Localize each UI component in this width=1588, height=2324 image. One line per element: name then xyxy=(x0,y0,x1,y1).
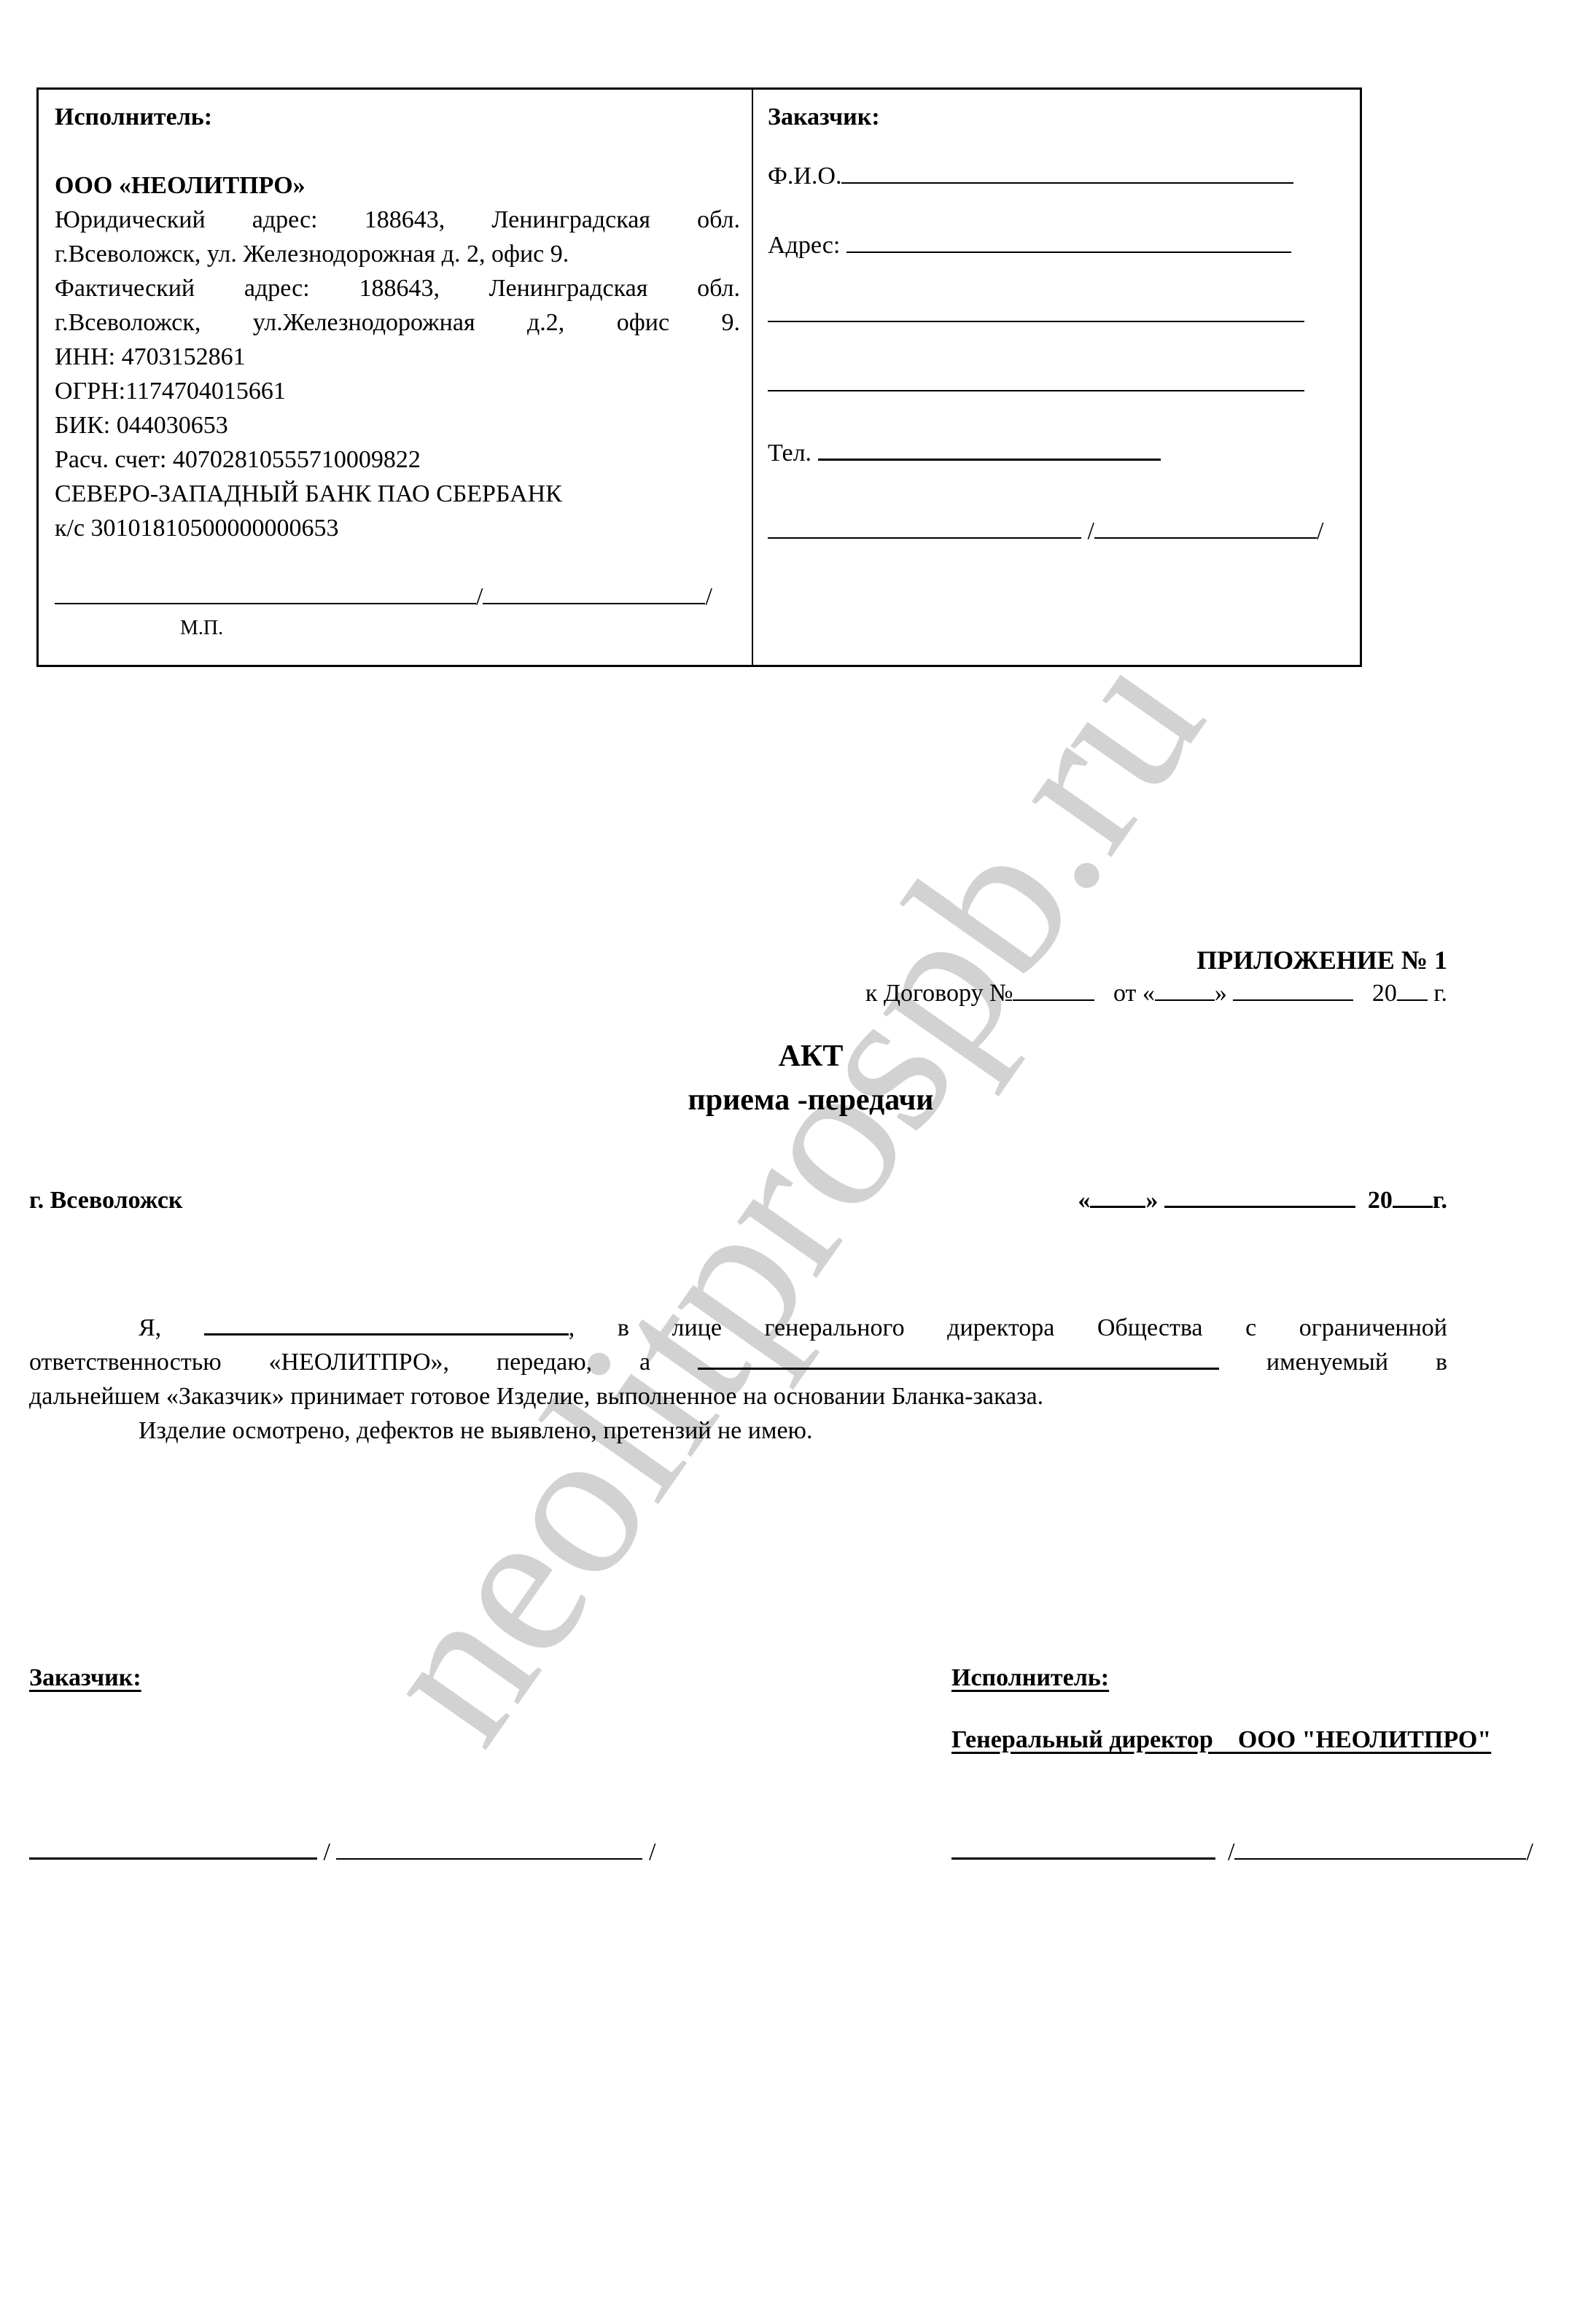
address-row-3 xyxy=(768,367,1344,401)
executor-name-field[interactable] xyxy=(1234,1858,1526,1860)
executor-position: Генеральный директор ООО "НЕОЛИТПРО" xyxy=(951,1726,1491,1754)
year-suffix: г. xyxy=(1428,980,1447,1007)
corr-account: к/с 30101810500000000653 xyxy=(55,511,740,545)
customer-name-line[interactable] xyxy=(1094,537,1317,539)
phone-field[interactable] xyxy=(818,459,1161,461)
executor-heading: Исполнитель: xyxy=(55,100,740,134)
customer-heading: Заказчик: xyxy=(768,100,1344,134)
fio-label: Ф.И.О. xyxy=(768,163,841,190)
executor-person-field[interactable] xyxy=(204,1333,569,1335)
customer-signature-heading: Заказчик: xyxy=(29,1664,141,1692)
body-text: , в лице генерального директора Общества… xyxy=(569,1314,1447,1341)
act-year-suffix: г. xyxy=(1433,1187,1447,1214)
contract-reference: к Договору № от «» 20 г. xyxy=(865,980,1447,1007)
body-text: именуемый в xyxy=(1266,1349,1447,1376)
phone-row: Тел. xyxy=(768,436,1344,470)
slash: / xyxy=(1526,1838,1533,1865)
customer-cell: Заказчик: Ф.И.О. Адрес: Тел. // xyxy=(768,90,1344,665)
customer-signature-row: / / xyxy=(29,1838,655,1866)
bik: БИК: 044030653 xyxy=(55,408,740,442)
customer-signature-row: // xyxy=(768,514,1344,548)
address-field-3[interactable] xyxy=(768,390,1304,391)
act-year-field[interactable] xyxy=(1393,1206,1433,1208)
slash: / xyxy=(1228,1838,1234,1865)
executor-cell: Исполнитель: ООО «НЕОЛИТПРО» Юридический… xyxy=(55,90,740,665)
ogrn: ОГРН:1174704015661 xyxy=(55,374,740,408)
slash: / xyxy=(705,583,712,610)
address-row-2 xyxy=(768,297,1344,332)
act-year-prefix: 20 xyxy=(1368,1187,1393,1214)
body-text: Я, xyxy=(139,1314,161,1341)
address-row: Адрес: xyxy=(768,228,1344,262)
date-open-quote: « xyxy=(1078,1187,1090,1214)
act-month-field[interactable] xyxy=(1164,1206,1355,1208)
slash: / xyxy=(324,1838,330,1865)
actual-address-line-1: Фактический адрес: 188643, Ленинградская… xyxy=(55,271,740,305)
customer-signature-line[interactable] xyxy=(768,537,1081,539)
executor-signature-row: // xyxy=(951,1838,1533,1866)
stamp-label: М.П. xyxy=(55,614,740,643)
act-subtitle: приема -передачи xyxy=(0,1083,1588,1118)
customer-name-field[interactable] xyxy=(336,1858,642,1860)
contract-prefix: к Договору № xyxy=(865,980,1013,1007)
executor-name-line[interactable] xyxy=(483,603,705,604)
quote-close: » xyxy=(1215,980,1227,1007)
customer-sign-field[interactable] xyxy=(29,1857,317,1860)
executor-signature-line[interactable] xyxy=(55,603,476,604)
bank-account: Расч. счет: 40702810555710009822 xyxy=(55,442,740,477)
address-field[interactable] xyxy=(846,251,1291,253)
bank-name: СЕВЕРО-ЗАПАДНЫЙ БАНК ПАО СБЕРБАНК xyxy=(55,477,740,511)
act-day-field[interactable] xyxy=(1090,1206,1145,1208)
legal-address-line-2: г.Всеволожск, ул. Железнодорожная д. 2, … xyxy=(55,237,740,271)
executor-signature-heading: Исполнитель: xyxy=(951,1664,1109,1692)
city: г. Всеволожск xyxy=(29,1187,183,1214)
slash: / xyxy=(649,1838,655,1865)
actual-address-line-2: г.Всеволожск, ул.Железнодорожная д.2, оф… xyxy=(55,305,740,340)
contract-year-field[interactable] xyxy=(1397,999,1428,1001)
contract-day-field[interactable] xyxy=(1155,999,1215,1001)
body-line-1: Я, , в лице генерального директора Общес… xyxy=(29,1311,1447,1345)
executor-sign-field[interactable] xyxy=(951,1857,1215,1860)
fio-field[interactable] xyxy=(841,182,1293,184)
fio-row: Ф.И.О. xyxy=(768,159,1344,193)
address-label: Адрес: xyxy=(768,232,840,259)
act-body: Я, , в лице генерального директора Общес… xyxy=(29,1311,1447,1448)
phone-label: Тел. xyxy=(768,440,811,467)
executor-signature-row: // xyxy=(55,580,740,614)
slash: / xyxy=(1088,518,1094,545)
executor-company: ООО «НЕОЛИТПРО» xyxy=(55,168,740,203)
contract-date-from: от « xyxy=(1113,980,1155,1007)
contract-month-field[interactable] xyxy=(1233,999,1353,1001)
year-prefix: 20 xyxy=(1372,980,1397,1007)
address-field-2[interactable] xyxy=(768,321,1304,322)
body-text: ответственностью «НЕОЛИТПРО», передаю, а xyxy=(29,1349,650,1376)
table-divider xyxy=(752,90,753,665)
appendix-title: ПРИЛОЖЕНИЕ № 1 xyxy=(1196,945,1447,975)
inn: ИНН: 4703152861 xyxy=(55,340,740,374)
body-line-3: дальнейшем «Заказчик» принимает готовое … xyxy=(29,1379,1447,1413)
body-line-4: Изделие осмотрено, дефектов не выявлено,… xyxy=(29,1413,1447,1448)
date-close-quote: » xyxy=(1145,1187,1158,1214)
act-title: АКТ xyxy=(0,1039,1588,1074)
slash: / xyxy=(1317,518,1323,545)
customer-person-field[interactable] xyxy=(698,1368,1219,1370)
act-date: «» 20г. xyxy=(1078,1187,1447,1214)
requisites-table: Исполнитель: ООО «НЕОЛИТПРО» Юридический… xyxy=(36,87,1362,667)
body-line-2: ответственностью «НЕОЛИТПРО», передаю, а… xyxy=(29,1345,1447,1379)
slash: / xyxy=(476,583,483,610)
legal-address-line-1: Юридический адрес: 188643, Ленинградская… xyxy=(55,203,740,237)
contract-number-field[interactable] xyxy=(1013,999,1094,1001)
